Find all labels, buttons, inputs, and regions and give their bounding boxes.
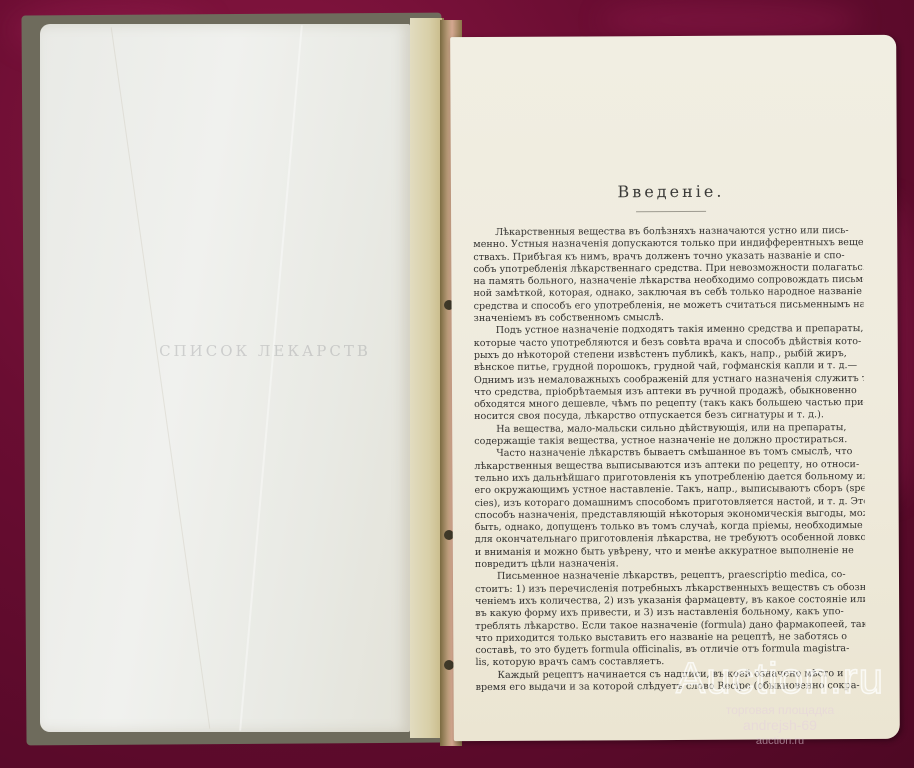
velvet-highlight: [600, 0, 860, 40]
watermark-tagline: торговая площадка: [655, 703, 905, 717]
introduction-text: Лѣкарственныя вещества въ болѣзняхъ назн…: [473, 225, 865, 694]
endpaper-fold: [410, 18, 444, 738]
title-rule: [636, 211, 706, 212]
left-endpaper: СПИСОК ЛЕКАРСТВ: [40, 24, 410, 732]
watermark: Auction.ru торговая площадка andrejsh-69…: [655, 655, 905, 749]
watermark-site: auction.ru: [655, 733, 905, 749]
watermark-logo: Auction.ru: [655, 655, 905, 703]
watermark-user: andrejsh-69: [655, 717, 905, 733]
text-line: и вниманія и можно быть увѣрену, что и м…: [475, 545, 865, 559]
paper-crease: [111, 27, 211, 728]
text-line: средства и способъ его употребленія, не …: [474, 299, 864, 313]
page-title: Введеніе.: [601, 182, 741, 202]
faded-show-through-heading: СПИСОК ЛЕКАРСТВ: [130, 342, 400, 360]
paper-crease: [239, 25, 303, 730]
right-page: Введеніе. Лѣкарственныя вещества въ болѣ…: [450, 35, 900, 741]
